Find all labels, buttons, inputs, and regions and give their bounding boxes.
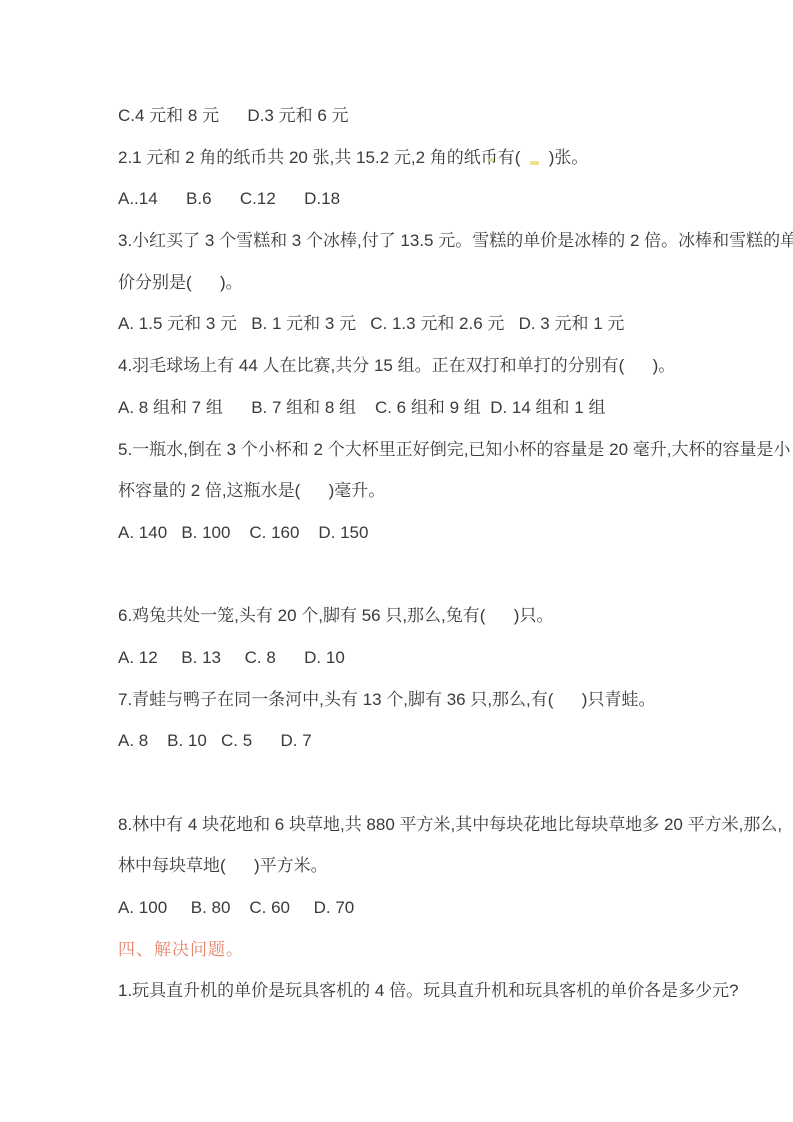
question-7: 7.青蛙与鸭子在同一条河中,头有 13 个,脚有 36 只,那么,有( )只青蛙… [118, 679, 718, 721]
section-4-heading: 四、解决问题。 [118, 929, 718, 971]
question-8-line-2: 林中每块草地( )平方米。 [118, 845, 718, 887]
faint-yellow-dash-after-sentence [530, 161, 539, 165]
question-3-line-2: 价分别是( )。 [118, 262, 718, 304]
question-6-choices: A. 12 B. 13 C. 8 D. 10 [118, 637, 718, 679]
question-4: 4.羽毛球场上有 44 人在比赛,共分 15 组。正在双打和单打的分别有( )。 [118, 345, 718, 387]
question-3-choices: A. 1.5 元和 3 元 B. 1 元和 3 元 C. 1.3 元和 2.6 … [118, 303, 718, 345]
question-5-line-1: 5.一瓶水,倒在 3 个小杯和 2 个大杯里正好倒完,已知小杯的容量是 20 毫… [118, 429, 718, 471]
question-4-choices: A. 8 组和 7 组 B. 7 组和 8 组 C. 6 组和 9 组 D. 1… [118, 387, 718, 429]
question-6: 6.鸡兔共处一笼,头有 20 个,脚有 56 只,那么,兔有( )只。 [118, 595, 718, 637]
choices-row-cd: C.4 元和 8 元 D.3 元和 6 元 [118, 95, 718, 137]
text-content: C.4 元和 8 元 D.3 元和 6 元2.1 元和 2 角的纸币共 20 张… [118, 95, 718, 1012]
question-5-choices: A. 140 B. 100 C. 160 D. 150 [118, 512, 718, 554]
question-3-line-1: 3.小红买了 3 个雪糕和 3 个冰棒,付了 13.5 元。雪糕的单价是冰棒的 … [118, 220, 718, 262]
question-7-choices: A. 8 B. 10 C. 5 D. 7 [118, 720, 718, 762]
faint-yellow-mark-in-parens [489, 158, 494, 162]
question-5-line-2: 杯容量的 2 倍,这瓶水是( )毫升。 [118, 470, 718, 512]
question-8-choices: A. 100 B. 80 C. 60 D. 70 [118, 887, 718, 929]
section-4-question-1: 1.玩具直升机的单价是玩具客机的 4 倍。玩具直升机和玩具客机的单价各是多少元? [118, 970, 718, 1012]
question-8-line-1: 8.林中有 4 块花地和 6 块草地,共 880 平方米,其中每块花地比每块草地… [118, 804, 718, 846]
question-2: 2.1 元和 2 角的纸币共 20 张,共 15.2 元,2 角的纸币有( )张… [118, 137, 718, 179]
blank-line-2 [118, 762, 718, 804]
question-2-choices: A..14 B.6 C.12 D.18 [118, 178, 718, 220]
document-page: C.4 元和 8 元 D.3 元和 6 元2.1 元和 2 角的纸币共 20 张… [0, 0, 793, 1122]
blank-line-1 [118, 554, 718, 596]
